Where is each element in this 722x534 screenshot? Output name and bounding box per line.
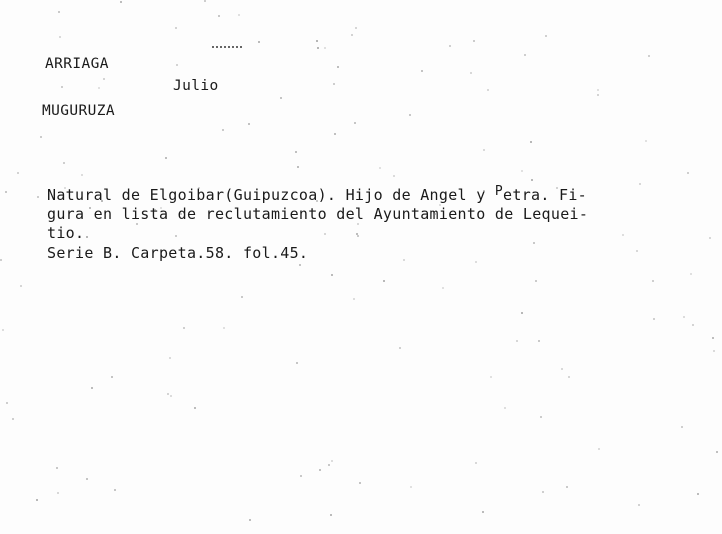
speck — [687, 172, 689, 174]
speck — [169, 357, 171, 359]
speck — [399, 347, 401, 349]
speck — [160, 207, 162, 209]
speck — [36, 499, 38, 501]
speck — [355, 27, 357, 29]
speck — [167, 393, 169, 395]
speck — [359, 482, 361, 484]
speck — [249, 519, 251, 521]
speck — [638, 504, 640, 506]
speck — [6, 402, 8, 404]
speck — [449, 45, 451, 47]
speck — [566, 486, 568, 488]
speck — [521, 312, 523, 314]
speck — [439, 204, 441, 206]
speck — [40, 136, 42, 138]
speck — [353, 298, 355, 300]
speck — [98, 87, 100, 89]
speck — [86, 236, 88, 238]
speck — [483, 149, 485, 151]
speck — [482, 511, 484, 513]
speck — [81, 174, 83, 176]
speck — [62, 111, 64, 113]
speck — [204, 0, 206, 2]
speck — [470, 72, 472, 74]
speck — [337, 66, 339, 68]
speck — [12, 418, 14, 420]
speck — [403, 259, 405, 261]
speck — [86, 478, 88, 480]
raised-letter: P — [495, 184, 503, 199]
archive-index-card: ARRIAGA Julio MUGURUZA Natural de Elgoib… — [0, 0, 722, 534]
speck — [330, 514, 332, 516]
speck — [483, 190, 485, 192]
speck — [101, 200, 103, 202]
speck — [542, 491, 544, 493]
speck — [2, 329, 4, 331]
speck — [597, 94, 599, 96]
speck — [434, 213, 436, 215]
speck — [568, 376, 570, 378]
speck — [78, 254, 80, 256]
speck — [692, 324, 694, 326]
speck — [20, 285, 22, 287]
speck — [357, 235, 359, 237]
speck — [351, 34, 353, 36]
speck — [545, 35, 547, 37]
speck — [64, 187, 66, 189]
speck — [410, 486, 412, 488]
speck — [241, 296, 243, 298]
speck — [697, 493, 699, 495]
speck — [319, 469, 321, 471]
speck — [473, 40, 475, 42]
speck — [533, 242, 535, 244]
speck — [652, 280, 654, 282]
speck — [300, 475, 302, 477]
speck — [622, 234, 624, 236]
speck — [597, 89, 599, 91]
speck — [324, 233, 326, 235]
speck — [165, 157, 167, 159]
speck — [648, 55, 650, 57]
speck — [331, 460, 333, 462]
speck — [258, 41, 260, 43]
speck — [504, 407, 506, 409]
speck — [0, 259, 2, 261]
speck — [535, 280, 537, 282]
speck — [681, 426, 683, 428]
speck — [223, 327, 225, 329]
speck — [59, 36, 61, 38]
speck — [521, 170, 523, 172]
speck — [712, 337, 714, 339]
speck — [63, 162, 65, 164]
speck — [683, 316, 685, 318]
speck — [524, 54, 526, 56]
speck — [475, 261, 477, 263]
speck — [183, 327, 185, 329]
first-surname: ARRIAGA — [45, 56, 109, 72]
speck — [653, 318, 655, 320]
speck — [645, 140, 647, 142]
speck — [248, 123, 250, 125]
speck — [540, 416, 542, 418]
speck — [379, 167, 381, 169]
speck — [111, 376, 113, 378]
speck — [716, 451, 718, 453]
speck — [393, 175, 395, 177]
speck — [175, 235, 177, 237]
speck — [295, 151, 297, 153]
speck — [561, 368, 563, 370]
speck — [180, 213, 182, 215]
speck — [690, 273, 692, 275]
speck — [487, 89, 489, 91]
record-line-3: tio. — [47, 224, 84, 242]
record-text: etra. Fi- — [503, 186, 587, 204]
speck — [17, 172, 19, 174]
speck — [114, 489, 116, 491]
speck — [222, 129, 224, 131]
speck — [175, 27, 177, 29]
record-line-2: gura en lista de reclutamiento del Ayunt… — [47, 205, 588, 223]
speck — [316, 200, 318, 202]
speck — [176, 64, 178, 66]
speck — [154, 209, 156, 211]
speck — [299, 264, 301, 266]
speck — [538, 340, 540, 342]
speck — [357, 223, 359, 225]
speck — [136, 223, 138, 225]
archive-reference: Serie B. Carpeta.58. fol.45. — [47, 244, 308, 262]
speck — [280, 97, 282, 99]
speck — [198, 187, 200, 189]
speck — [317, 47, 319, 49]
speck — [556, 187, 558, 189]
speck — [103, 78, 105, 80]
speck — [37, 196, 39, 198]
speck — [639, 183, 641, 185]
speck — [442, 287, 444, 289]
speck — [334, 133, 336, 135]
speck — [331, 274, 333, 276]
speck — [316, 40, 318, 42]
speck — [170, 395, 172, 397]
speck — [238, 14, 240, 16]
speck — [89, 207, 91, 209]
speck — [218, 15, 220, 17]
speck — [636, 250, 638, 252]
speck — [61, 86, 63, 88]
speck — [453, 197, 455, 199]
speck — [475, 462, 477, 464]
speck — [490, 376, 492, 378]
speck — [421, 70, 423, 72]
speck — [530, 141, 532, 143]
speck — [709, 237, 711, 239]
speck — [328, 464, 330, 466]
speck — [383, 280, 385, 282]
speck — [713, 350, 715, 352]
speck — [324, 47, 326, 49]
speck — [516, 340, 518, 342]
speck — [297, 166, 299, 168]
speck — [354, 122, 356, 124]
speck — [56, 467, 58, 469]
speck — [58, 11, 60, 13]
speck — [531, 179, 533, 181]
speck — [194, 407, 196, 409]
typewriter-dash-mark — [212, 46, 242, 49]
speck — [598, 448, 600, 450]
second-surname: MUGURUZA — [42, 103, 115, 119]
record-text: Natural de Elgoibar(Guipuzcoa). Hijo de … — [47, 186, 495, 204]
speck — [5, 191, 7, 193]
speck — [409, 114, 411, 116]
speck — [120, 1, 122, 3]
speck — [296, 362, 298, 364]
speck — [333, 83, 335, 85]
given-name: Julio — [173, 78, 219, 94]
speck — [57, 492, 59, 494]
speck — [91, 387, 93, 389]
